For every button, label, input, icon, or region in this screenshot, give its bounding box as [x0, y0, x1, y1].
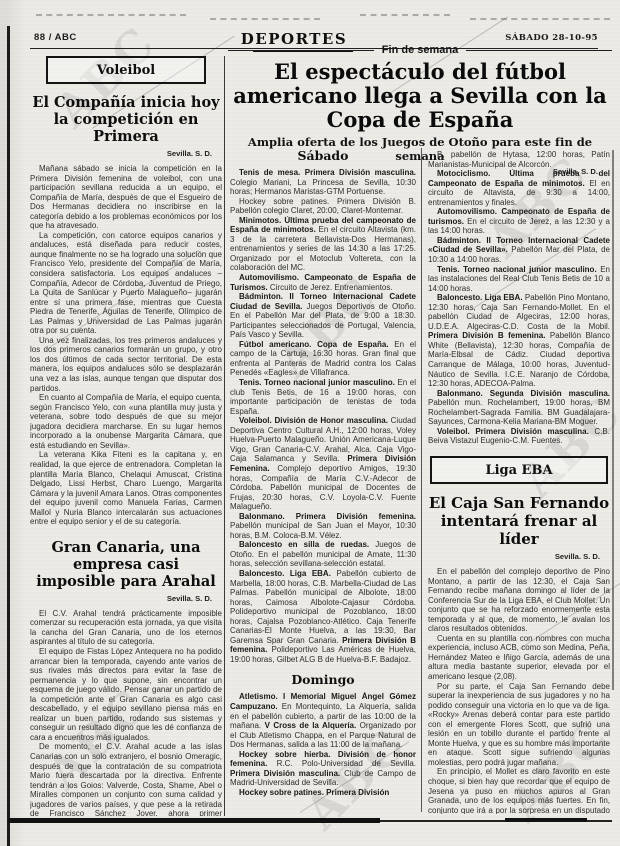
issue-date: SÁBADO 28-10-95: [505, 33, 598, 43]
kicker-label: Fin de semana: [382, 44, 458, 56]
kicker-voleibol: Voleibol: [46, 56, 206, 84]
listings-column-continuation: B, pabellón de Hytasa, 12:00 horas, Patí…: [428, 150, 610, 814]
article1-paragraph: Mañana sábado se inicia la competición e…: [30, 164, 222, 231]
bottom-rule-thick: [8, 818, 380, 823]
listing-entry: Baloncesto en silla de ruedas. Juegos de…: [230, 540, 416, 569]
listing-entry: Balonmano. Segunda División masculina. P…: [428, 389, 610, 427]
article1-paragraph: La veterana Kika Fiteni es la capitana y…: [30, 450, 222, 526]
listing-entry: Baloncesto. Liga EBA. Pabellón cubierto …: [230, 569, 416, 664]
listing-entry: Automovilismo. Campeonato de España de T…: [230, 273, 416, 292]
article2-byline: Sevilla. S. D.: [30, 594, 222, 603]
scan-noise: [470, 18, 610, 20]
listing-entry: Bádminton. II Torneo Internacional Cadet…: [230, 292, 416, 340]
listing-entry: Hockey sobre patines. Primera División B…: [230, 197, 416, 216]
article1-byline: Sevilla. S. D.: [30, 149, 222, 158]
liga-eba-byline: Sevilla. S. D.: [428, 552, 610, 561]
continuation-entries: B, pabellón de Hytasa, 12:00 horas, Patí…: [428, 150, 610, 446]
liga-eba-paragraph: Cuenta en su plantilla con nombres con m…: [428, 634, 610, 682]
article1-headline: El Compañía inicia hoy la competición en…: [32, 94, 220, 145]
kicker-rule-left: [228, 50, 374, 51]
article2-body: El C.V. Arahal tendrá prácticamente impo…: [30, 609, 222, 816]
listing-entry: Automovilismo. Campeonato de España de t…: [428, 207, 610, 236]
saturday-entries: Tenis de mesa. Primera División masculin…: [230, 168, 416, 664]
scan-noise: [36, 14, 186, 16]
listings-column-saturday: Sábado Tenis de mesa. Primera División m…: [230, 146, 416, 814]
page-left-border: [7, 26, 10, 846]
main-headline: El espectáculo del fútbol americano lleg…: [228, 60, 612, 132]
listing-entry: Hockey sobre hierba. División de honor f…: [230, 750, 416, 788]
article2-headline: Gran Canaria, una empresa casi imposible…: [32, 539, 220, 590]
listing-entry: Bádminton. II Torneo Internacional Cadet…: [428, 236, 610, 265]
scan-noise: [360, 14, 450, 16]
article2-paragraph: De momento, el C.V. Arahal acude a las i…: [30, 742, 222, 816]
listing-entry: Baloncesto. Liga EBA. Pabellón Pino Mont…: [428, 293, 610, 388]
listing-entry: Tenis. Torneo nacional junior masculino.…: [230, 378, 416, 416]
liga-eba-paragraph: Por su parte, el Caja San Fernando debe …: [428, 682, 610, 768]
article1-body: Mañana sábado se inicia la competición e…: [30, 164, 222, 527]
listing-entry: Balonmano. Primera División femenina. Pa…: [230, 512, 416, 541]
listing-entry: Hockey sobre patines. Primera División: [230, 788, 416, 798]
saturday-heading: Sábado: [230, 148, 416, 163]
kicker-liga-eba: Liga EBA: [430, 456, 608, 484]
listing-entry: Atletismo. I Memorial Miguel Ángel Gómez…: [230, 692, 416, 749]
liga-eba-paragraph: En el pabellón del complejo deportivo de…: [428, 567, 610, 634]
listing-entry: Tenis. Torneo nacional junior masculino.…: [428, 265, 610, 294]
liga-eba-paragraph: En principio, el Mollet es claro favorit…: [428, 767, 610, 814]
listing-entry: B, pabellón de Hytasa, 12:00 horas, Patí…: [428, 150, 610, 169]
sunday-heading: Domingo: [230, 672, 416, 687]
column-divider: [224, 56, 225, 816]
fin-de-semana-kicker: Fin de semana: [228, 44, 612, 56]
bottom-rule-segment: [505, 818, 587, 822]
left-column: Voleibol El Compañía inicia hoy la compe…: [30, 56, 222, 816]
article1-paragraph: Una vez finalizadas, los tres primeros a…: [30, 336, 222, 393]
listing-entry: Motociclismo. Última prueba del Campeona…: [428, 169, 610, 207]
liga-eba-headline: El Caja San Fernando intentará frenar al…: [428, 494, 610, 548]
listing-entry: Tenis de mesa. Primera División masculin…: [230, 168, 416, 197]
scan-noise: [210, 18, 320, 20]
article1-paragraph: La competición, con catorce equipos cana…: [30, 231, 222, 336]
column-divider: [421, 148, 422, 812]
listing-entry: Voleibol. División de Honor masculina. C…: [230, 416, 416, 511]
page-right-edge: [612, 150, 614, 690]
listing-entry: Fútbol americano. Copa de España. En el …: [230, 340, 416, 378]
sunday-entries: Atletismo. I Memorial Miguel Ángel Gómez…: [230, 692, 416, 797]
liga-eba-body: En el pabellón del complejo deportivo de…: [428, 567, 610, 814]
article2-paragraph: El C.V. Arahal tendrá prácticamente impo…: [30, 609, 222, 647]
article1-paragraph: En cuanto al Compañía de María, el equip…: [30, 393, 222, 450]
article2-paragraph: El equipo de Fistas López Antequera no h…: [30, 647, 222, 742]
listing-entry: Voleibol. Primera División masculina. C.…: [428, 427, 610, 446]
kicker-rule-right: [466, 50, 612, 51]
newspaper-page: ABC ABC ABC ABC ABC ABC ABC 88 / ABC DEP…: [0, 0, 620, 846]
listing-entry: Minimotos. Última prueba del campeonato …: [230, 216, 416, 273]
